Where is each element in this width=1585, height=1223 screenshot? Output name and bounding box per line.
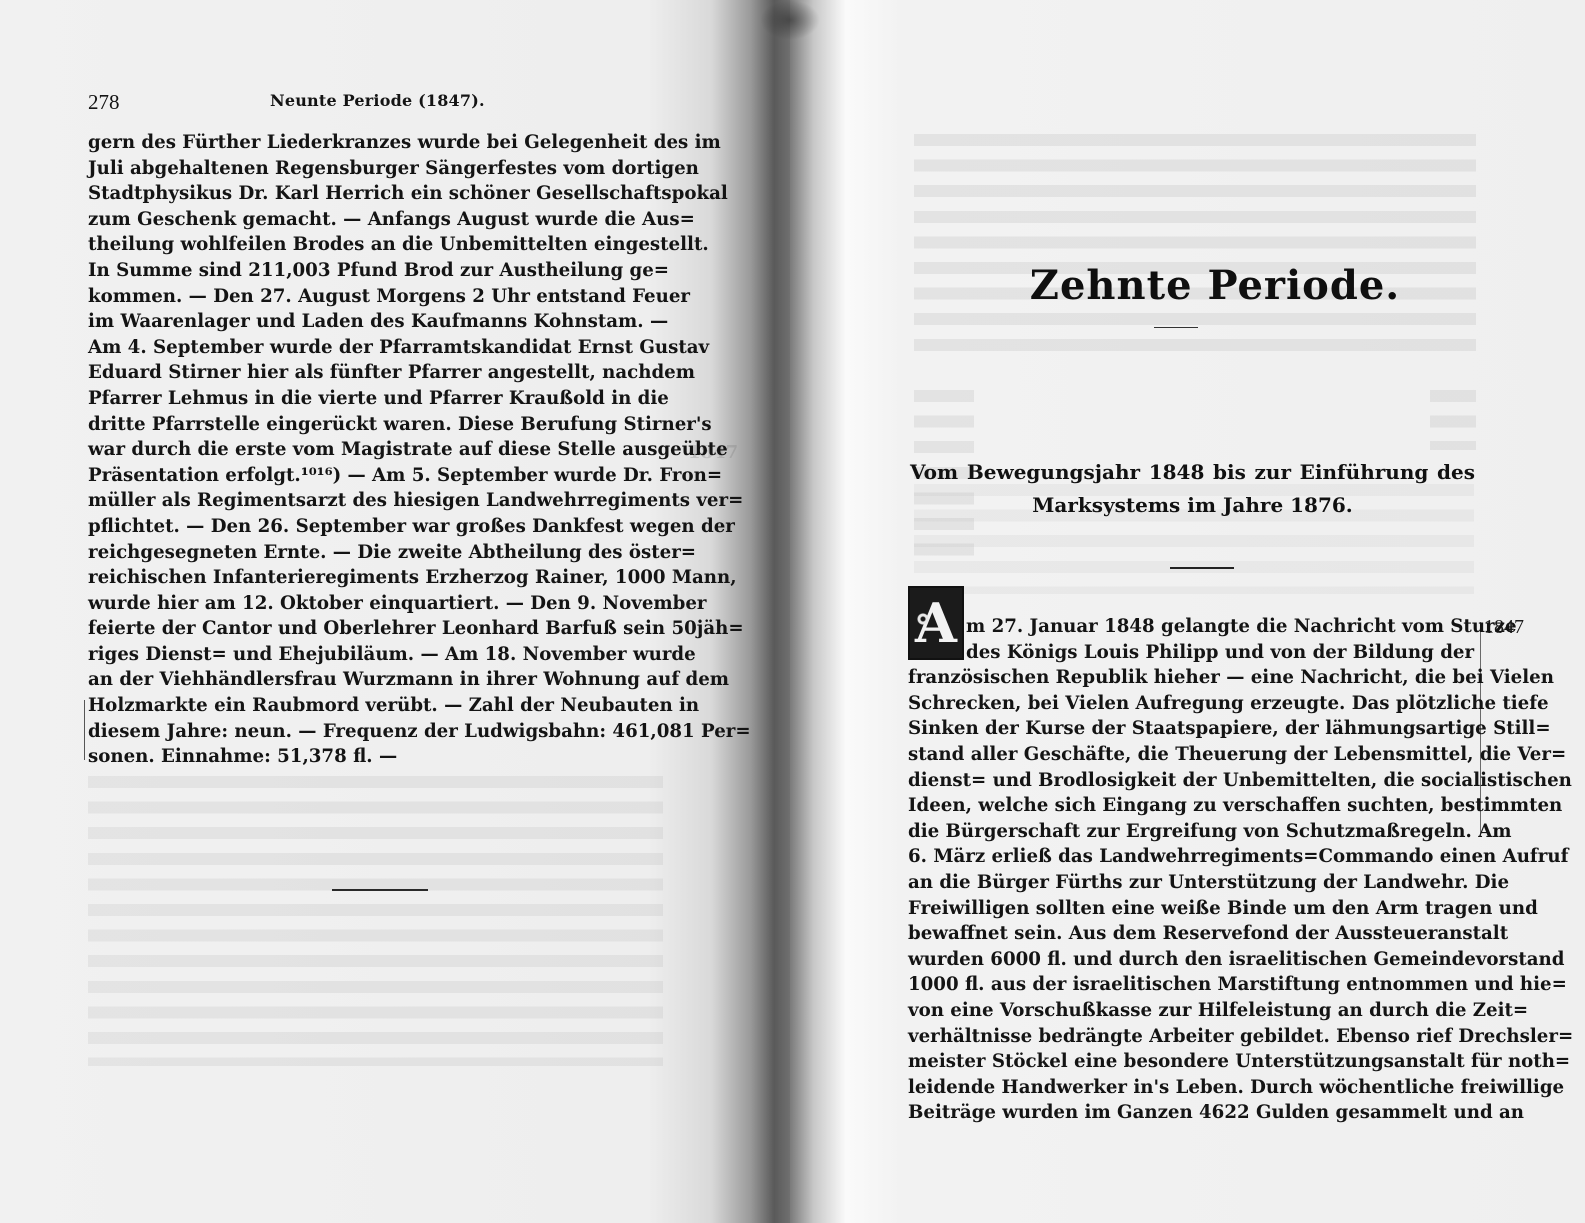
margin-mark — [84, 700, 85, 760]
text-line: diesem Jahre: neun. — Frequenz der Ludwi… — [88, 719, 665, 745]
text-line: Stadtphysikus Dr. Karl Herrich ein schön… — [88, 181, 665, 207]
text-line: Schrecken, bei Vielen Aufregung erzeugte… — [908, 691, 1473, 717]
text-line: reichischen Infanterieregiments Erzherzo… — [88, 565, 665, 591]
gutter-shadow — [760, 0, 820, 40]
text-line: kommen. — Den 27. August Morgens 2 Uhr e… — [88, 284, 665, 310]
text-line: Ideen, welche sich Eingang zu verschaffe… — [908, 793, 1473, 819]
text-line: pflichtet. — Den 26. September war große… — [88, 514, 665, 540]
text-line: 1000 fl. aus der israelitischen Marstift… — [908, 972, 1473, 998]
text-line: im Waarenlager und Laden des Kaufmanns K… — [88, 309, 665, 335]
text-line: dienst= und Brodlosigkeit der Unbemittel… — [908, 768, 1473, 794]
text-line: war durch die erste vom Magistrate auf d… — [88, 437, 665, 463]
text-line: Pfarrer Lehmus in die vierte und Pfarrer… — [88, 386, 665, 412]
chapter-subtitle: Vom Bewegungsjahr 1848 bis zur Einführun… — [910, 456, 1475, 522]
text-line: die Bürgerschaft zur Ergreifung von Schu… — [908, 819, 1473, 845]
text-line: wurden 6000 fl. und durch den israelitis… — [908, 947, 1473, 973]
text-line: zum Geschenk gemacht. — Anfangs August w… — [88, 207, 665, 233]
text-line: von eine Vorschußkasse zur Hilfeleistung… — [908, 998, 1473, 1024]
section-end-rule — [332, 889, 428, 891]
bleed-through-text — [88, 776, 663, 1066]
page-number: 278 — [88, 90, 120, 115]
text-line: meister Stöckel eine besondere Unterstüt… — [908, 1049, 1473, 1075]
text-line: Eduard Stirner hier als fünfter Pfarrer … — [88, 360, 665, 386]
text-line: müller als Regimentsarzt des hiesigen La… — [88, 488, 665, 514]
text-line: Freiwilligen sollten eine weiße Binde um… — [908, 896, 1473, 922]
subtitle-line: Marksystems im Jahre 1876. — [910, 489, 1475, 522]
text-line: dritte Pfarrstelle eingerückt waren. Die… — [88, 412, 665, 438]
text-line: an die Bürger Fürths zur Unterstützung d… — [908, 870, 1473, 896]
text-line: französischen Republik hieher — eine Nac… — [908, 665, 1473, 691]
chapter-title: Zehnte Periode. — [1000, 262, 1430, 309]
subtitle-line: Vom Bewegungsjahr 1848 bis zur Einführun… — [910, 456, 1475, 489]
subtitle-rule — [1170, 567, 1234, 569]
text-line: reichgesegneten Ernte. — Die zweite Abth… — [88, 540, 665, 566]
text-line: riges Dienst= und Ehejubiläum. — Am 18. … — [88, 642, 665, 668]
text-line: In Summe sind 211,003 Pfund Brod zur Aus… — [88, 258, 665, 284]
title-ornament-rule — [1154, 327, 1198, 328]
text-line: Sinken der Kurse der Staatspapiere, der … — [908, 716, 1473, 742]
left-page-body: gern des Fürther Liederkranzes wurde bei… — [88, 130, 665, 770]
text-line: Präsentation erfolgt.¹⁰¹⁶) — Am 5. Septe… — [88, 463, 665, 489]
right-page-body: m 27. Januar 1848 gelangte die Nachricht… — [908, 614, 1473, 1126]
text-line: verhältnisse bedrängte Arbeiter gebildet… — [908, 1024, 1473, 1050]
text-line: sonen. Einnahme: 51,378 fl. — — [88, 744, 665, 770]
bleed-through-text — [914, 134, 1476, 364]
text-line: m 27. Januar 1848 gelangte die Nachricht… — [908, 614, 1473, 640]
text-line: bewaffnet sein. Aus dem Reservefond der … — [908, 921, 1473, 947]
text-line: theilung wohlfeilen Brodes an die Unbemi… — [88, 232, 665, 258]
text-line: feierte der Cantor und Oberlehrer Leonha… — [88, 616, 665, 642]
bleed-through-text — [1430, 390, 1476, 450]
running-head-title: Neunte Periode (1847). — [270, 91, 485, 110]
text-line: Am 4. September wurde der Pfarramtskandi… — [88, 335, 665, 361]
text-line: Juli abgehaltenen Regensburger Sängerfes… — [88, 156, 665, 182]
text-line: des Königs Louis Philipp und von der Bil… — [908, 640, 1473, 666]
text-line: wurde hier am 12. Oktober einquartiert. … — [88, 591, 665, 617]
text-line: Holzmarkte ein Raubmord verübt. — Zahl d… — [88, 693, 665, 719]
text-line: 6. März erließ das Landwehrregiments=Com… — [908, 844, 1473, 870]
text-line: an der Viehhändlersfrau Wurzmann in ihre… — [88, 667, 665, 693]
text-line: leidende Handwerker in's Leben. Durch wö… — [908, 1075, 1473, 1101]
text-line: gern des Fürther Liederkranzes wurde bei… — [88, 130, 665, 156]
text-line: Beiträge wurden im Ganzen 4622 Gulden ge… — [908, 1100, 1473, 1126]
text-line: stand aller Geschäfte, die Theuerung der… — [908, 742, 1473, 768]
